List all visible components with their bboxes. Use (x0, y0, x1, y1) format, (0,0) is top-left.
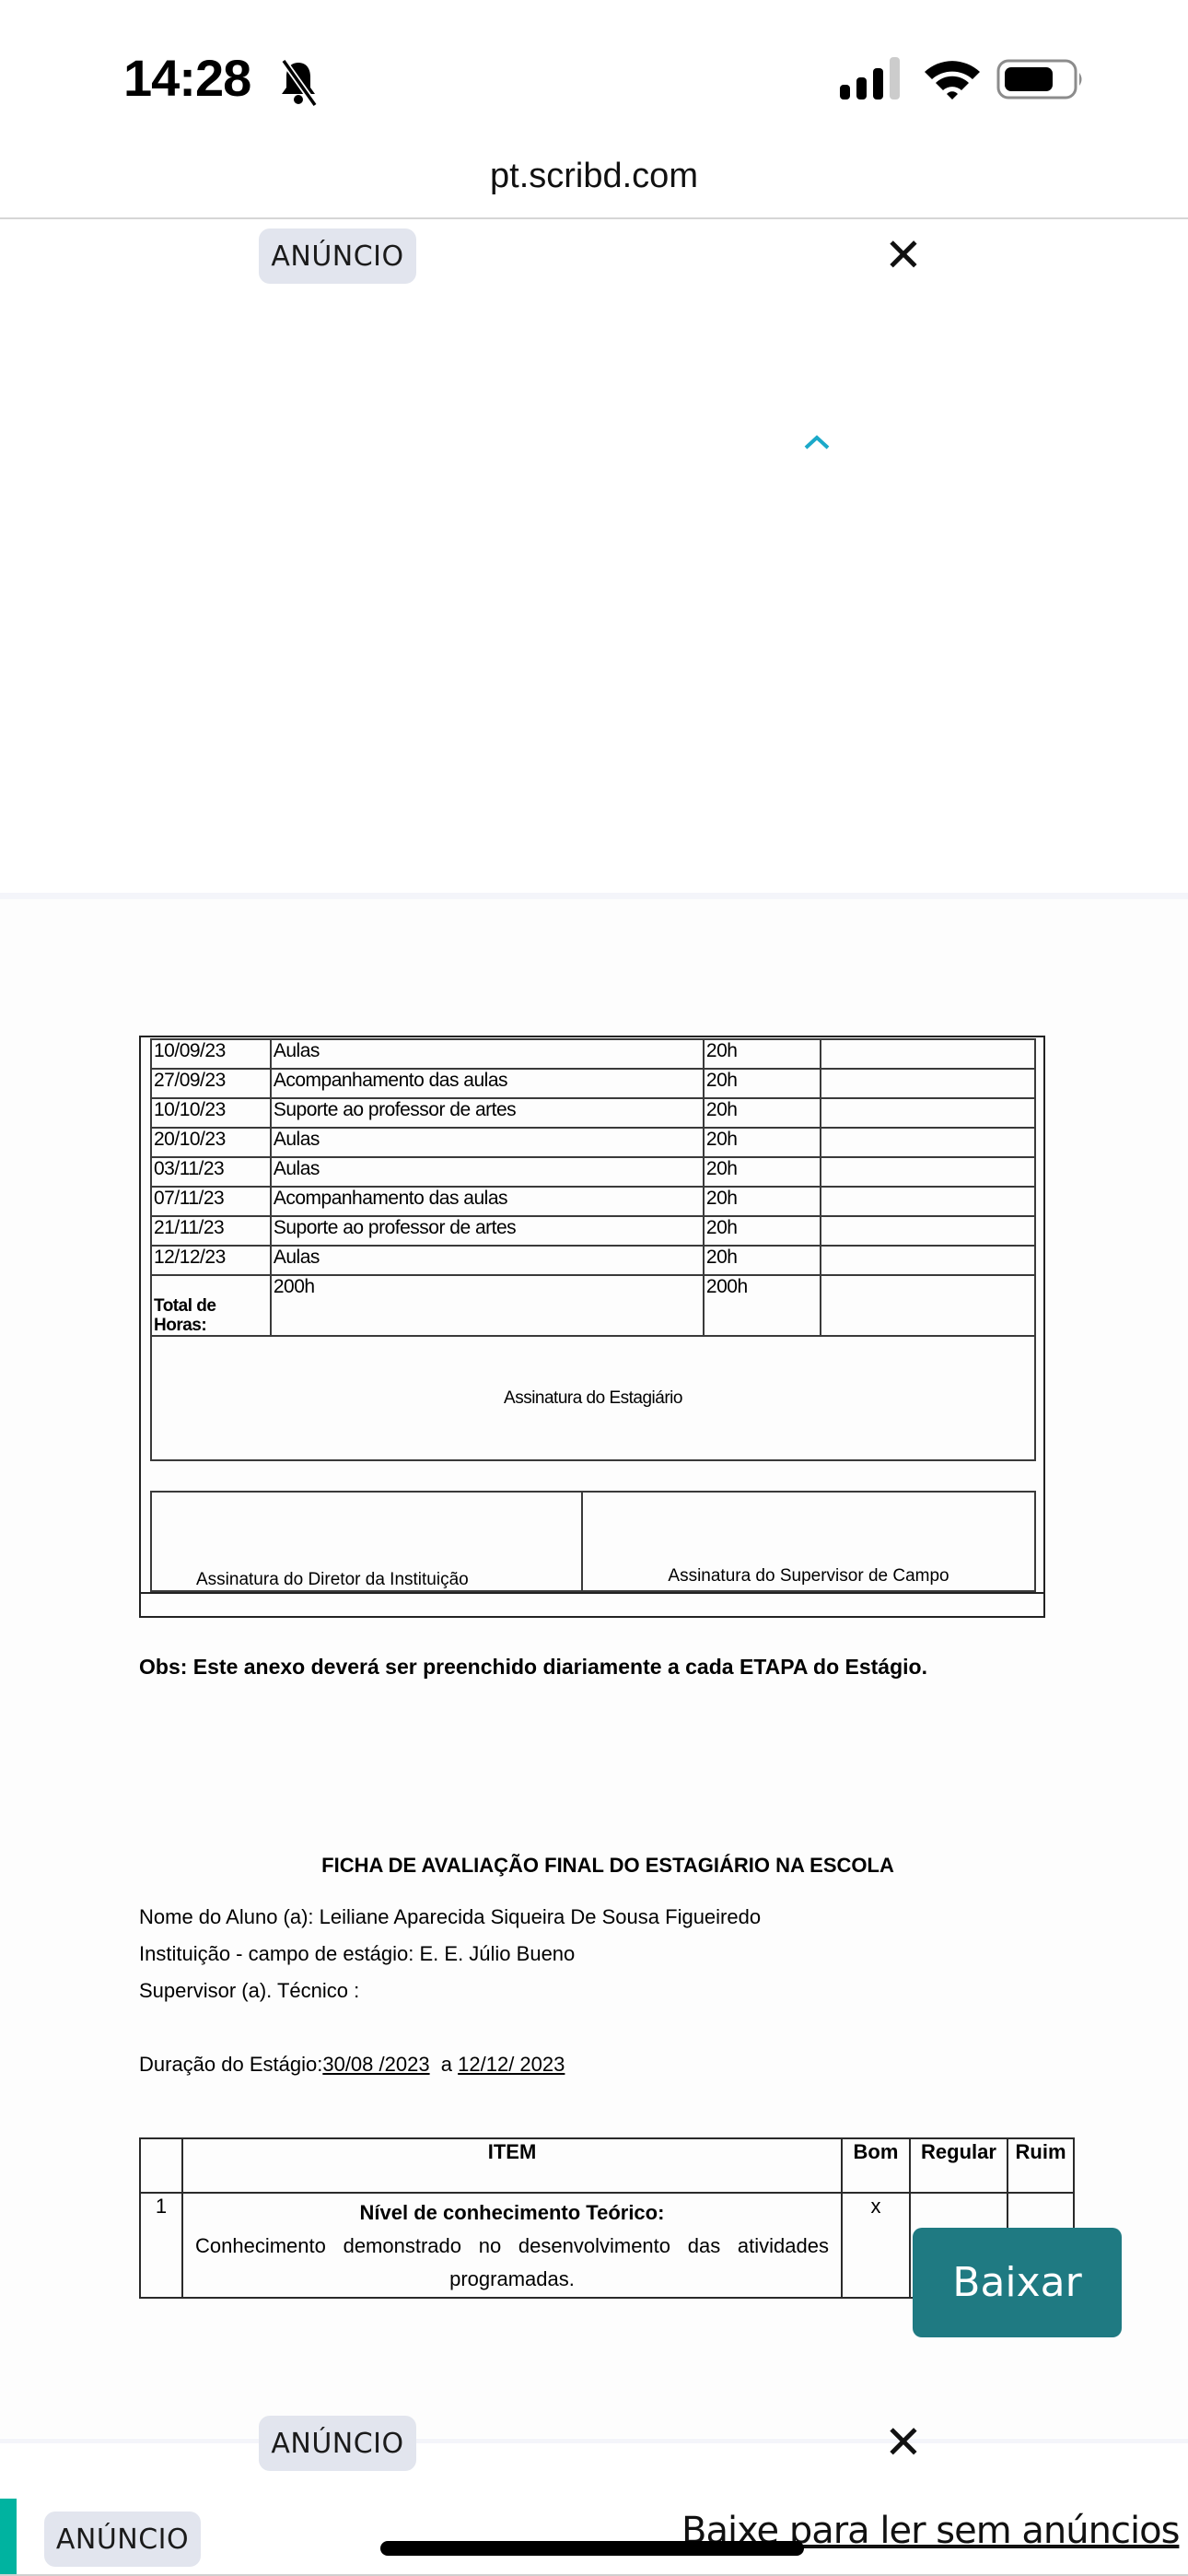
col-num (140, 2138, 182, 2193)
total-signature (821, 1275, 1035, 1336)
criterion-body: Conhecimento demonstrado no desenvolvime… (184, 2230, 840, 2296)
institution: Instituição - campo de estágio: E. E. Jú… (139, 1942, 575, 1966)
chevron-up-icon[interactable] (803, 433, 831, 451)
close-ad-icon[interactable]: ✕ (884, 2419, 923, 2465)
table-row: 12/12/23Aulas20h (151, 1246, 1035, 1275)
status-time: 14:28 (123, 48, 250, 108)
hours-cell: 20h (704, 1069, 821, 1098)
date-cell: 03/11/23 (151, 1157, 271, 1187)
evaluation-header-row: ITEM Bom Regular Ruim (140, 2138, 1074, 2193)
table-row: 03/11/23Aulas20h (151, 1157, 1035, 1187)
signature-cell (821, 1187, 1035, 1216)
col-good: Bom (842, 2138, 910, 2193)
total-activity: 200h (271, 1275, 704, 1336)
date-cell: 10/09/23 (151, 1039, 271, 1069)
col-bad: Ruim (1007, 2138, 1074, 2193)
hours-cell: 20h (704, 1157, 821, 1187)
activity-cell: Aulas (271, 1039, 704, 1069)
signature-cell (821, 1246, 1035, 1275)
home-indicator[interactable] (380, 2541, 804, 2556)
hours-cell: 20h (704, 1128, 821, 1157)
rating-good: x (842, 2193, 910, 2298)
signature-cell (821, 1039, 1035, 1069)
table-row: 21/11/23Suporte ao professor de artes20h (151, 1216, 1035, 1246)
hours-cell: 20h (704, 1098, 821, 1128)
col-item: ITEM (182, 2138, 842, 2193)
col-regular: Regular (910, 2138, 1007, 2193)
total-label-cell: Total de Horas: (151, 1275, 271, 1336)
table-row: 20/10/23Aulas20h (151, 1128, 1035, 1157)
table-row: 27/09/23Acompanhamento das aulas20h (151, 1069, 1035, 1098)
download-button[interactable]: Baixar (913, 2228, 1122, 2337)
criterion-title: Nível de conhecimento Teórico: (184, 2196, 840, 2230)
evaluation-title: FICHA DE AVALIAÇÃO FINAL DO ESTAGIÁRIO N… (0, 1854, 1188, 1878)
ad-bar-accent (0, 2499, 17, 2576)
signature-cell (821, 1216, 1035, 1246)
signature-cell (821, 1157, 1035, 1187)
signature-cell (821, 1128, 1035, 1157)
intern-signature-row: Assinatura do Estagiário (151, 1336, 1035, 1460)
wifi-icon (923, 55, 982, 101)
activity-cell: Acompanhamento das aulas (271, 1187, 704, 1216)
duration-end: 12/12/ 2023 (458, 2053, 565, 2076)
activity-cell: Aulas (271, 1128, 704, 1157)
activity-cell: Acompanhamento das aulas (271, 1069, 704, 1098)
supervisor-signature-label: Assinatura do Supervisor de Campo (583, 1566, 1034, 1587)
supervisor-signature-cell: Assinatura do Supervisor de Campo (581, 1491, 1036, 1592)
table-row: 10/09/23Aulas20h (151, 1039, 1035, 1069)
close-ad-icon[interactable]: ✕ (884, 232, 923, 278)
director-signature-label: Assinatura do Diretor da Instituição (196, 1570, 469, 1590)
signature-cell (821, 1069, 1035, 1098)
bell-slash-icon (276, 57, 320, 107)
signature-cell (821, 1098, 1035, 1128)
date-cell: 20/10/23 (151, 1128, 271, 1157)
ad-label-top: ANÚNCIO (259, 228, 416, 284)
item-description: Nível de conhecimento Teórico: Conhecime… (182, 2193, 842, 2298)
date-cell: 12/12/23 (151, 1246, 271, 1275)
table-row: 10/10/23Suporte ao professor de artes20h (151, 1098, 1035, 1128)
director-signature-cell: Assinatura do Diretor da Instituição (150, 1491, 583, 1592)
ad-label-bottom: ANÚNCIO (259, 2416, 416, 2471)
battery-icon (996, 59, 1085, 100)
item-number: 1 (140, 2193, 182, 2298)
hours-cell: 20h (704, 1039, 821, 1069)
frame-divider (139, 1592, 1045, 1594)
url-bar[interactable]: pt.scribd.com (0, 157, 1188, 196)
hours-cell: 20h (704, 1216, 821, 1246)
activity-cell: Aulas (271, 1246, 704, 1275)
hours-cell: 20h (704, 1187, 821, 1216)
activity-cell: Aulas (271, 1157, 704, 1187)
attendance-table: 10/09/23Aulas20h27/09/23Acompanhamento d… (150, 1038, 1036, 1461)
ad-divider-bottom (0, 2439, 1188, 2443)
signature-row: Assinatura do Diretor da Instituição Ass… (150, 1491, 1036, 1592)
duration-label: Duração do Estágio: (139, 2053, 322, 2076)
ad-bar-label: ANÚNCIO (44, 2512, 201, 2567)
activity-cell: Suporte ao professor de artes (271, 1098, 704, 1128)
cellular-signal-icon (840, 57, 904, 100)
activity-cell: Suporte ao professor de artes (271, 1216, 704, 1246)
toolbar-divider (0, 217, 1188, 219)
date-cell: 10/10/23 (151, 1098, 271, 1128)
hours-cell: 20h (704, 1246, 821, 1275)
total-row: Total de Horas:200h200h (151, 1275, 1035, 1336)
supervisor: Supervisor (a). Técnico : (139, 1979, 359, 2003)
total-hours: 200h (704, 1275, 821, 1336)
total-label: Total de Horas: (154, 1296, 268, 1335)
duration-separator: a (430, 2053, 459, 2076)
date-cell: 21/11/23 (151, 1216, 271, 1246)
obs-note: Obs: Este anexo deverá ser preenchido di… (139, 1655, 927, 1680)
ad-divider (0, 893, 1188, 899)
date-cell: 27/09/23 (151, 1069, 271, 1098)
internship-duration: Duração do Estágio:30/08 /2023 a 12/12/ … (139, 2053, 565, 2077)
intern-signature-label: Assinatura do Estagiário (151, 1336, 1035, 1460)
student-name: Nome do Aluno (a): Leiliane Aparecida Si… (139, 1905, 761, 1929)
duration-start: 30/08 /2023 (322, 2053, 429, 2076)
table-row: 07/11/23Acompanhamento das aulas20h (151, 1187, 1035, 1216)
date-cell: 07/11/23 (151, 1187, 271, 1216)
